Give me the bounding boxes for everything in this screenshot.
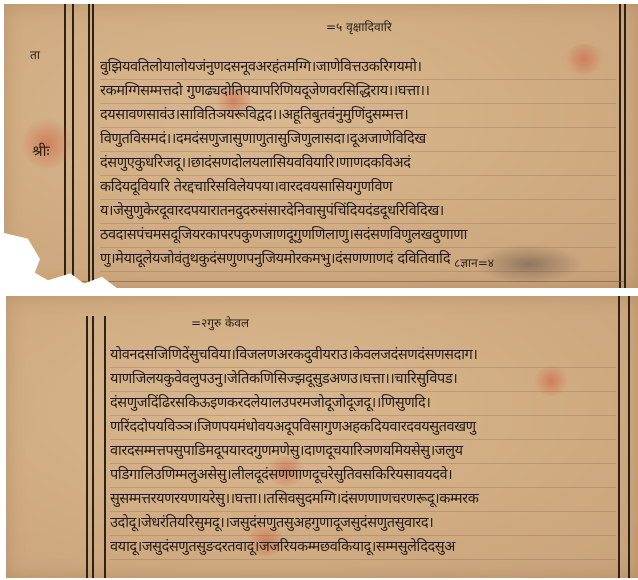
text-line: णु।मेयादूलेयजोवंतुथकुदंसणुणपनुजियमोरकमभु… — [100, 248, 616, 272]
text-line: पडिगालिउणिम्मलुअसेसु।लीलदूदंसणणाणदूचरेसु… — [110, 464, 616, 488]
text-line: वारदसम्मत्तपसुपाडिमदूपयारदगुणमणेसु।दाणदू… — [110, 440, 616, 464]
text-line: वुझियवतिलोयालोयजंनुणदसनूवअरहंतमग्गि।जाणे… — [100, 56, 616, 80]
margin-rule — [624, 4, 626, 288]
folio-heading: =५ वृक्षादिवारि — [326, 18, 392, 35]
margin-rule — [619, 4, 621, 288]
text-line: याणजिलयकुवेवलुपउनु।जेतिकणिसिज्झदूसुडअणउ।… — [110, 368, 616, 392]
folio-text-top: वुझियवतिलोयालोयजंनुणदसनूवअरहंतमग्गि।जाणे… — [100, 56, 616, 272]
text-line: ठवदासपंचमसदूजियरकापरपकुणजाणदूगुणणिलाणु।स… — [100, 224, 616, 248]
text-line: रकमग्गिसम्मत्तदो गुणढ्यदोतिपयापरिणियदूजे… — [100, 80, 616, 104]
margin-rule — [86, 316, 88, 578]
text-line: दंसणुएकुधरिजदू।।छादंसणदोलयलासियववियारि।ण… — [100, 152, 616, 176]
text-line: योवनदसजिणिदेंसुचविया।विजलणअरकदुवीयराउ।के… — [110, 344, 616, 368]
margin-rule — [104, 316, 106, 578]
text-line: विणुतविसमदं।।दमदंसणुजासुणाणुतासुजिणुलासद… — [100, 128, 616, 152]
folio-text-bottom: योवनदसजिणिदेंसुचविया।विजलणअरकदुवीयराउ।के… — [110, 344, 616, 560]
text-line: वयादू।जसुदंसणुतसुङदरतवादू।जजरियकम्मछवकिय… — [110, 536, 616, 560]
margin-rule — [72, 4, 74, 288]
margin-rule — [88, 4, 90, 288]
folio-heading: =२गुरु केवल — [191, 314, 249, 331]
text-line: उदोदू।जेधरंतियरिसुमदू।।जसुदंसणुतसुअहगुणा… — [110, 512, 616, 536]
text-line: कदियदूवियारि तेरद्दचारिसविलेयपया।वारदवयस… — [100, 176, 616, 200]
folio-number: ता — [30, 46, 40, 63]
text-line: य।जेसुणुकेरदूवारदपयारातनदुदरुसंसारदेनिवा… — [100, 200, 616, 224]
manuscript-folio-top: ता श्रीः =५ वृक्षादिवारि वुझियवतिलोयालोय… — [4, 4, 638, 288]
manuscript-folio-bottom: =२गुरु केवल योवनदसजिणिदेंसुचविया।विजलणअर… — [6, 296, 638, 578]
margin-rule — [92, 316, 94, 578]
text-line: णरिंददोपयविञ्ञ।जिणपयमंधोवयअदूपविसागुणअहक… — [110, 416, 616, 440]
footer-note: ८ज्ञान=४ — [454, 254, 494, 271]
margin-rule — [92, 4, 94, 288]
margin-rule — [628, 296, 630, 578]
shri-invocation: श्रीः — [32, 141, 50, 161]
text-line: दंसणुजदिंढिरसकिऊइणकरदलेयालउपरमजोदूजोदूजद… — [110, 392, 616, 416]
text-line: दयसावणसावंउ।सावितिञयरूविद्वद।।अहूतिबुतवं… — [100, 104, 616, 128]
margin-rule — [618, 296, 620, 578]
text-line: सुसम्मत्तरयणरयणायरेसु।।घत्ता।।तसिवसुदमग्… — [110, 488, 616, 512]
